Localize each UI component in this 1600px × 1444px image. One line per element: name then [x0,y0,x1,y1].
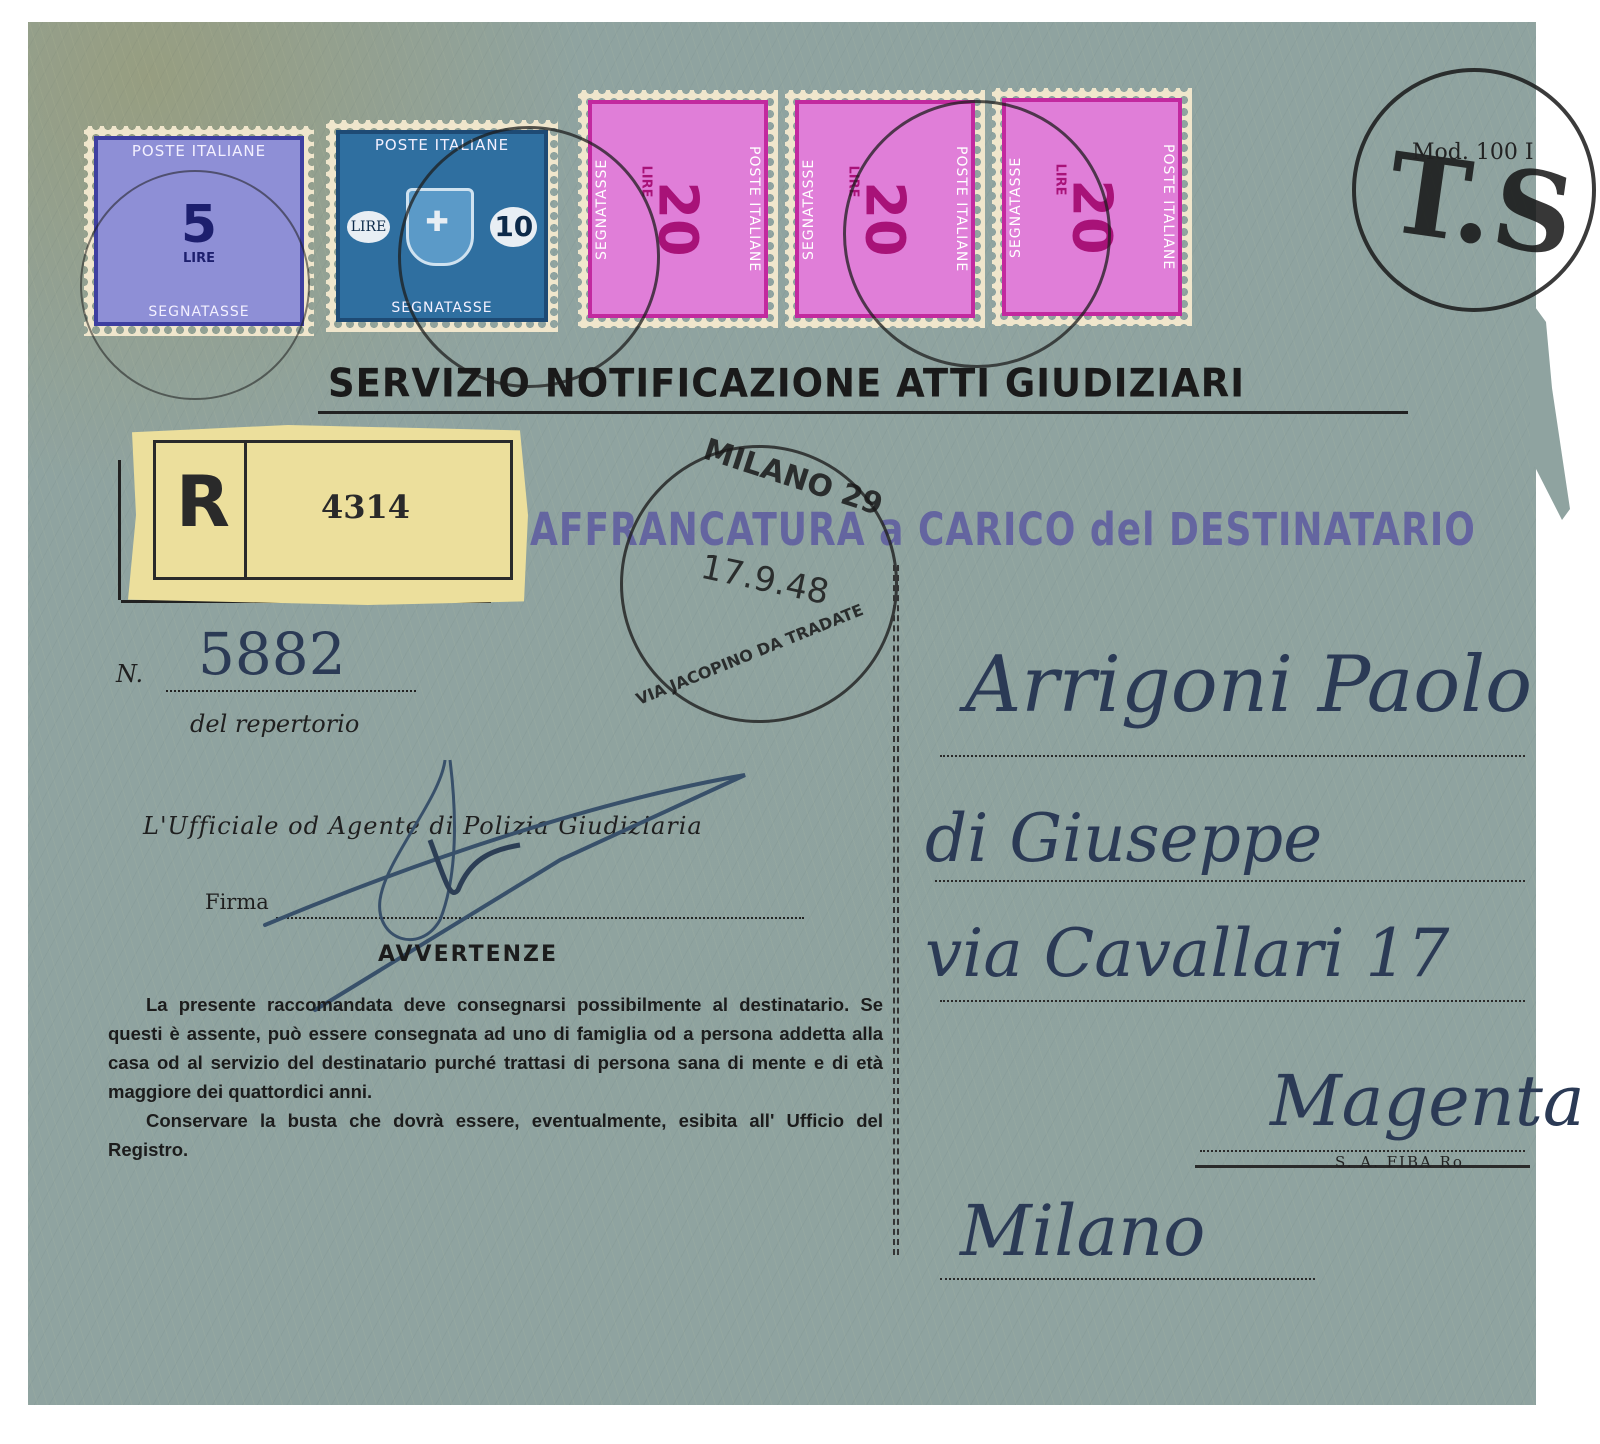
address-line-5: Milano [960,1190,1205,1272]
registered-number: 4314 [321,488,410,526]
number-label: N. [116,660,143,688]
cancellation-postmark [80,170,310,400]
address-line-1-rule [940,755,1525,757]
stamp-country: POSTE ITALIANE [746,108,762,310]
avvertenze-title: AVVERTENZE [378,942,558,967]
signature-label: Firma [205,890,269,914]
officer-label: L'Ufficiale od Agente di Polizia Giudizi… [143,812,703,840]
document-heading: SERVIZIO NOTIFICAZIONE ATTI GIUDIZIARI [328,361,1245,406]
address-line-1: Arrigoni Paolo [965,640,1532,730]
address-divider [893,565,899,1255]
stamp-country: POSTE ITALIANE [1160,106,1176,308]
stamp-unit: LIRE [347,211,391,243]
avvertenze-body: La presente raccomandata deve consegnars… [108,990,883,1164]
repertorio-number: 5882 [198,620,346,688]
heading-underline [318,411,1408,414]
registered-divider [244,443,247,577]
repertorio-label: del repertorio [190,710,359,738]
address-line-2-rule [935,880,1525,882]
address-line-4-rule [1200,1150,1525,1152]
address-line-4: Magenta [1270,1060,1585,1142]
stamp-type: SEGNATASSE [801,108,817,310]
registered-frame-left [118,460,121,600]
signature-line [276,917,804,919]
cancellation-postmark [398,126,660,388]
stamp-country: POSTE ITALIANE [132,142,266,160]
address-line-2: di Giuseppe [925,800,1322,877]
number-line [166,690,416,692]
address-line-3-rule [940,1000,1525,1002]
form-code: Mod. 100 I [1412,140,1534,165]
cancellation-postmark [843,100,1111,368]
avvertenze-paragraph-1: La presente raccomandata deve consegnars… [108,990,883,1106]
torn-edge [1530,300,1570,520]
printer-imprint: S. A. FIBA Ro [1335,1153,1464,1171]
registered-letter: R [176,461,230,543]
avvertenze-paragraph-2: Conservare la busta che dovrà essere, ev… [108,1106,883,1164]
address-line-5-rule [940,1278,1315,1280]
registered-box: R 4314 [153,440,513,580]
address-line-3: via Cavallari 17 [925,915,1449,992]
